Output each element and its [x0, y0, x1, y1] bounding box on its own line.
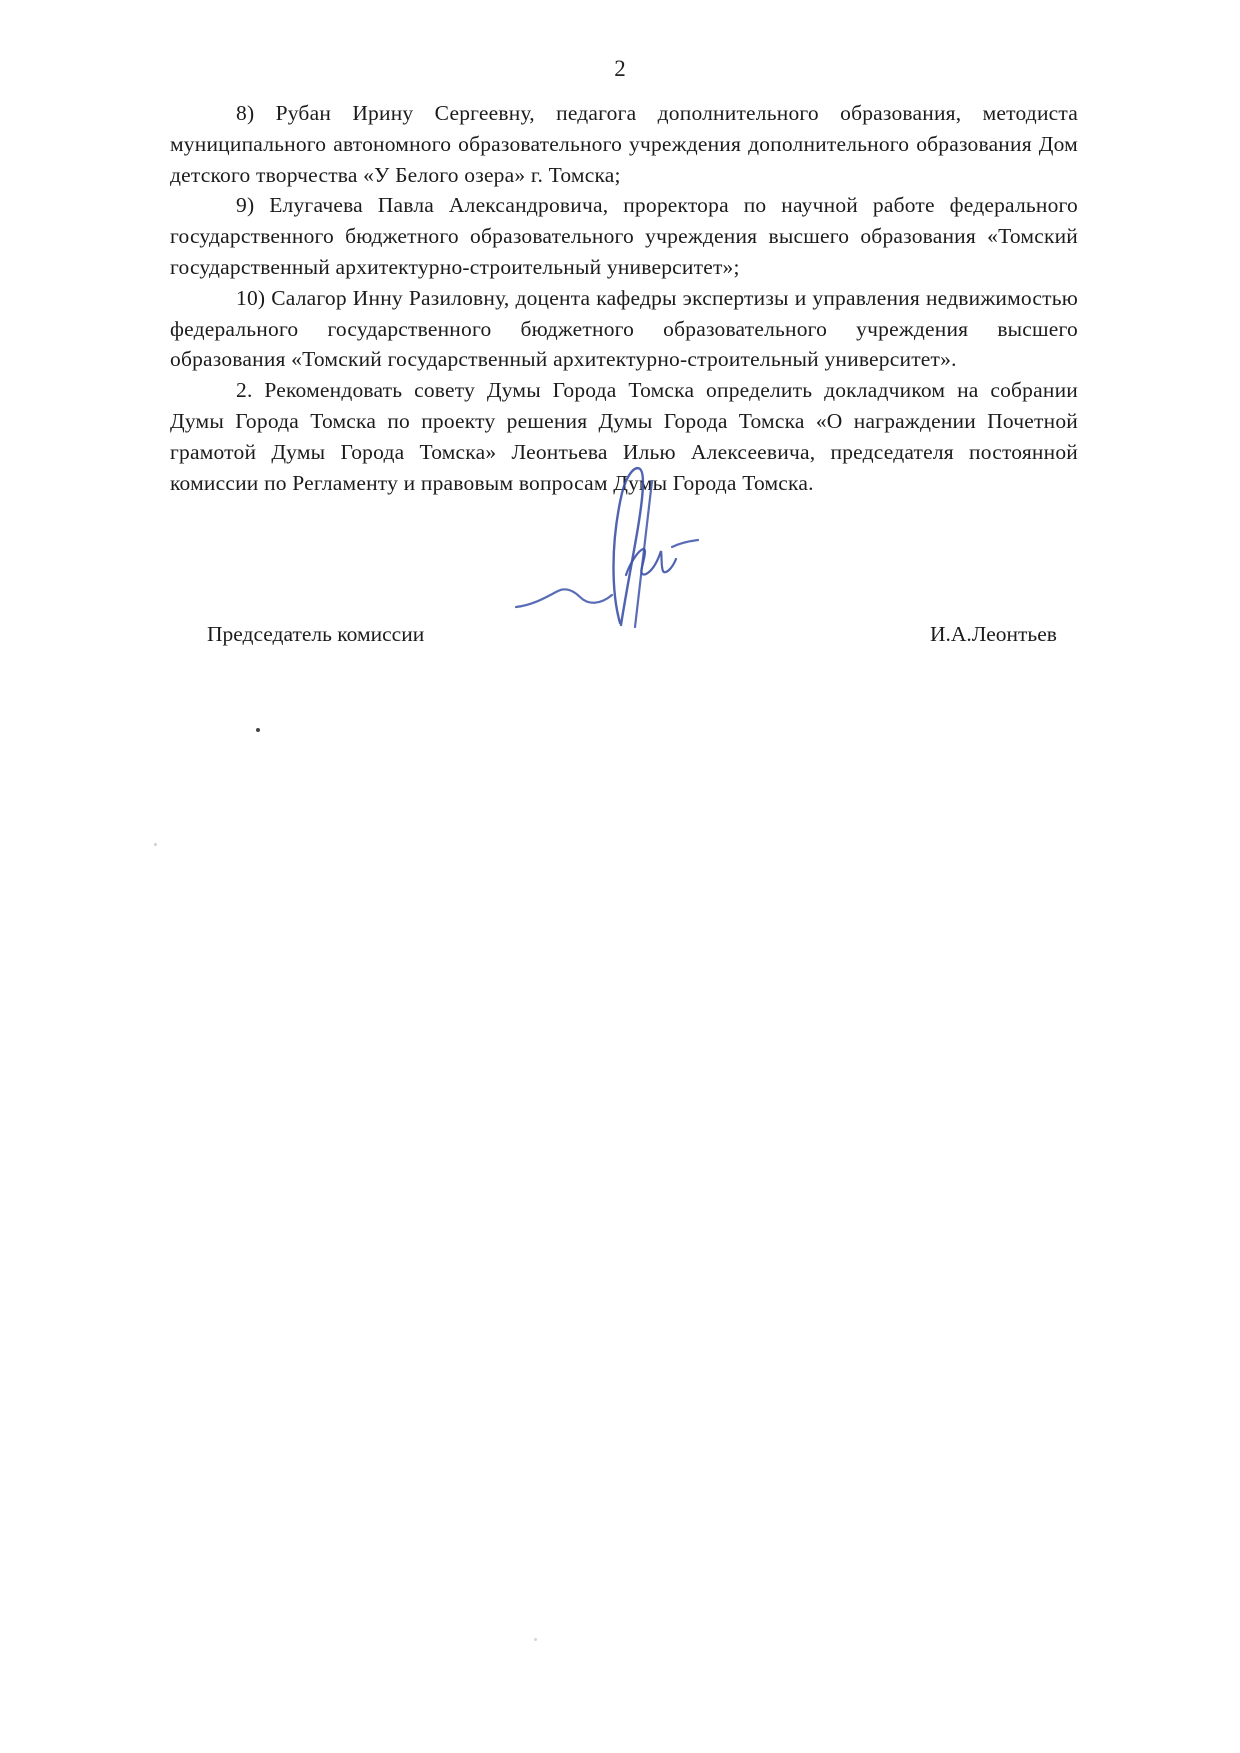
paragraph-item-10: 10) Салагор Инну Разиловну, доцента кафе… [170, 283, 1078, 375]
scan-speck [154, 843, 157, 846]
scan-speck [534, 1638, 537, 1641]
paragraph-recommendation: 2. Рекомендовать совету Думы Города Томс… [170, 375, 1078, 498]
document-body: 8) Рубан Ирину Сергеевну, педагога допол… [170, 98, 1078, 498]
paragraph-item-8: 8) Рубан Ирину Сергеевну, педагога допол… [170, 98, 1078, 190]
page-number: 2 [0, 56, 1240, 82]
signer-title: Председатель комиссии [207, 622, 424, 647]
signature-row: Председатель комиссии И.А.Леонтьев [170, 622, 1078, 662]
scan-speck [256, 728, 260, 732]
paragraph-item-9: 9) Елугачева Павла Александровича, проре… [170, 190, 1078, 282]
signer-name: И.А.Леонтьев [930, 622, 1057, 647]
document-page: 2 8) Рубан Ирину Сергеевну, педагога доп… [0, 0, 1240, 1753]
